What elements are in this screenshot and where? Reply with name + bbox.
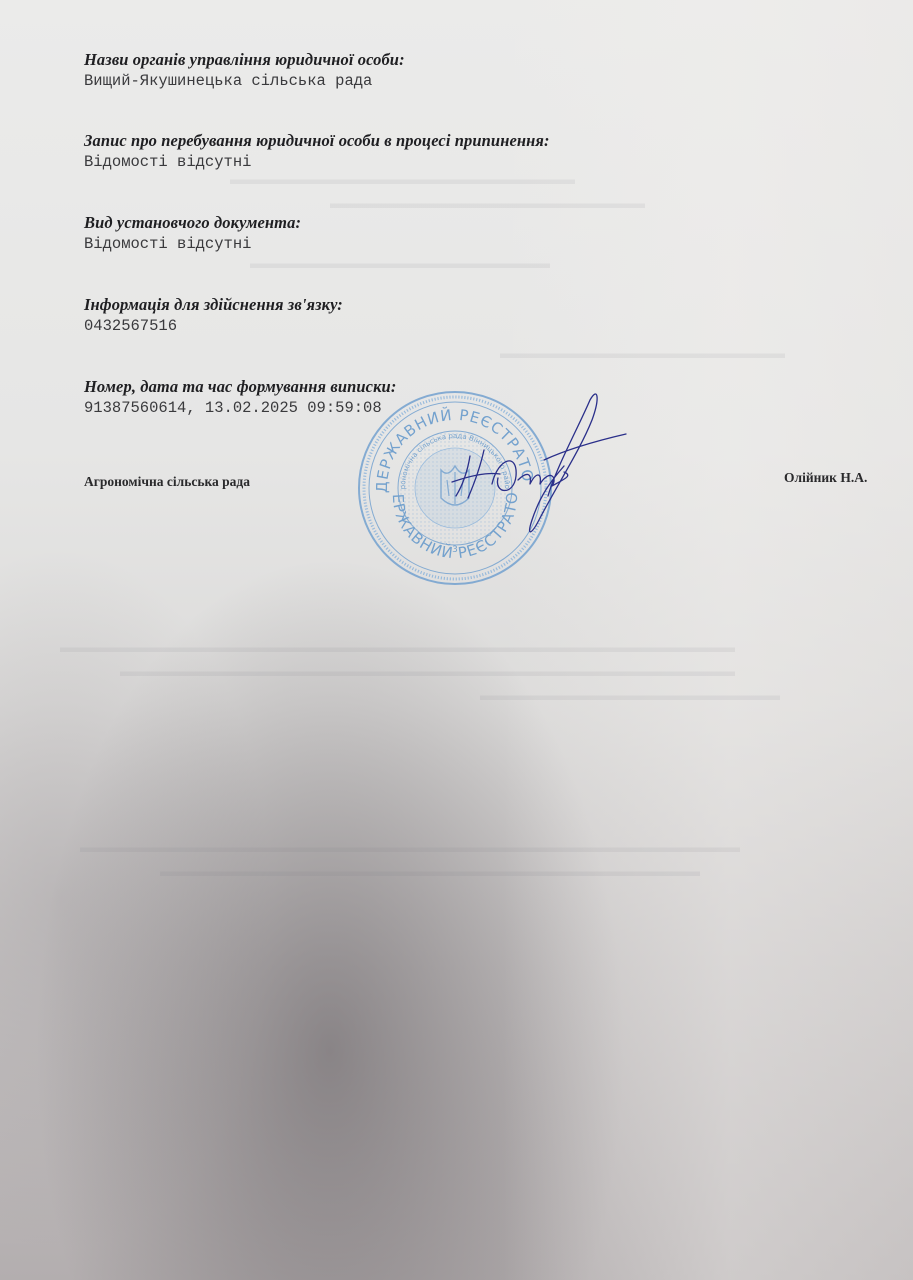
issuing-organization: Агрономічна сільська рада — [84, 474, 250, 490]
official-stamp-icon: ДЕРЖАВНИЙ РЕЄСТРАТОР ДЕРЖАВНИЙ РЕЄСТРАТО… — [355, 388, 555, 588]
paper-lighting — [0, 0, 913, 1280]
section-value: Відомості відсутні — [84, 234, 301, 254]
handwritten-signature-icon — [440, 388, 630, 548]
bleed-through-text: ▬▬▬▬▬▬▬▬▬▬▬▬▬▬▬▬▬▬▬▬▬ — [330, 196, 645, 213]
bleed-through-text: ▬▬▬▬▬▬▬▬▬▬▬▬▬▬▬▬▬▬▬▬ — [250, 256, 550, 273]
section-value: 0432567516 — [84, 316, 343, 336]
signatory-name: Олійник Н.А. — [784, 470, 867, 486]
bleed-through-text: ▬▬▬▬▬▬▬▬▬▬▬▬▬▬▬▬▬▬▬▬▬▬▬ — [230, 172, 575, 189]
svg-text:3: 3 — [452, 545, 458, 555]
section-governing-bodies: Назви органів управління юридичної особи… — [84, 50, 405, 91]
bleed-through-text: ▬▬▬▬▬▬▬▬▬▬▬▬▬▬▬▬▬▬▬▬ — [480, 688, 780, 705]
bleed-through-text: ▬▬▬▬▬▬▬▬▬▬▬▬▬▬▬▬▬▬▬ — [500, 346, 785, 363]
bleed-through-text: ▬▬▬▬▬▬▬▬▬▬▬▬▬▬▬▬▬▬▬▬▬▬▬▬▬▬▬▬▬▬▬▬▬▬▬▬▬▬▬▬… — [80, 840, 740, 857]
section-termination-record: Запис про перебування юридичної особи в … — [84, 131, 550, 172]
bleed-through-text: ▬▬▬▬▬▬▬▬▬▬▬▬▬▬▬▬▬▬▬▬▬▬▬▬▬▬▬▬▬▬▬▬▬▬▬▬▬▬▬▬… — [60, 640, 735, 657]
section-founding-document: Вид установчого документа: Відомості від… — [84, 213, 301, 254]
section-label: Вид установчого документа: — [84, 213, 301, 233]
section-value: Відомості відсутні — [84, 152, 550, 172]
section-value: 91387560614, 13.02.2025 09:59:08 — [84, 398, 396, 418]
section-label: Запис про перебування юридичної особи в … — [84, 131, 550, 151]
bleed-through-text: ▬▬▬▬▬▬▬▬▬▬▬▬▬▬▬▬▬▬▬▬▬▬▬▬▬▬▬▬▬▬▬▬▬▬▬▬ — [160, 864, 700, 881]
section-value: Вищий-Якушинецька сільська рада — [84, 71, 405, 91]
bleed-through-text: ▬▬▬▬▬▬▬▬▬▬▬▬▬▬▬▬▬▬▬▬▬▬▬▬▬▬▬▬▬▬▬▬▬▬▬▬▬▬▬▬… — [120, 664, 735, 681]
section-extract-number: Номер, дата та час формування виписки: 9… — [84, 377, 396, 418]
section-contact-info: Інформація для здійснення зв'язку: 04325… — [84, 295, 343, 336]
section-label: Номер, дата та час формування виписки: — [84, 377, 396, 397]
section-label: Назви органів управління юридичної особи… — [84, 50, 405, 70]
section-label: Інформація для здійснення зв'язку: — [84, 295, 343, 315]
